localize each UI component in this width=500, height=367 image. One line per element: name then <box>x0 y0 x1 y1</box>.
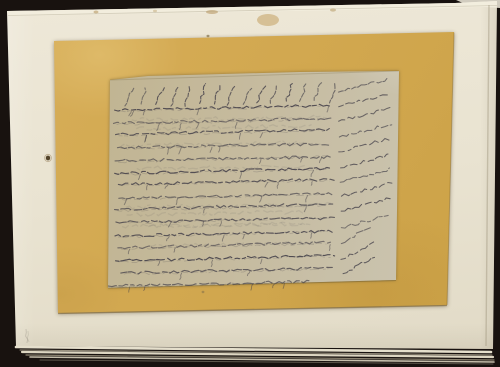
manuscript-leaf <box>0 0 500 367</box>
manuscript-leaf-shadow <box>0 0 500 367</box>
manuscript-photo <box>0 0 500 367</box>
